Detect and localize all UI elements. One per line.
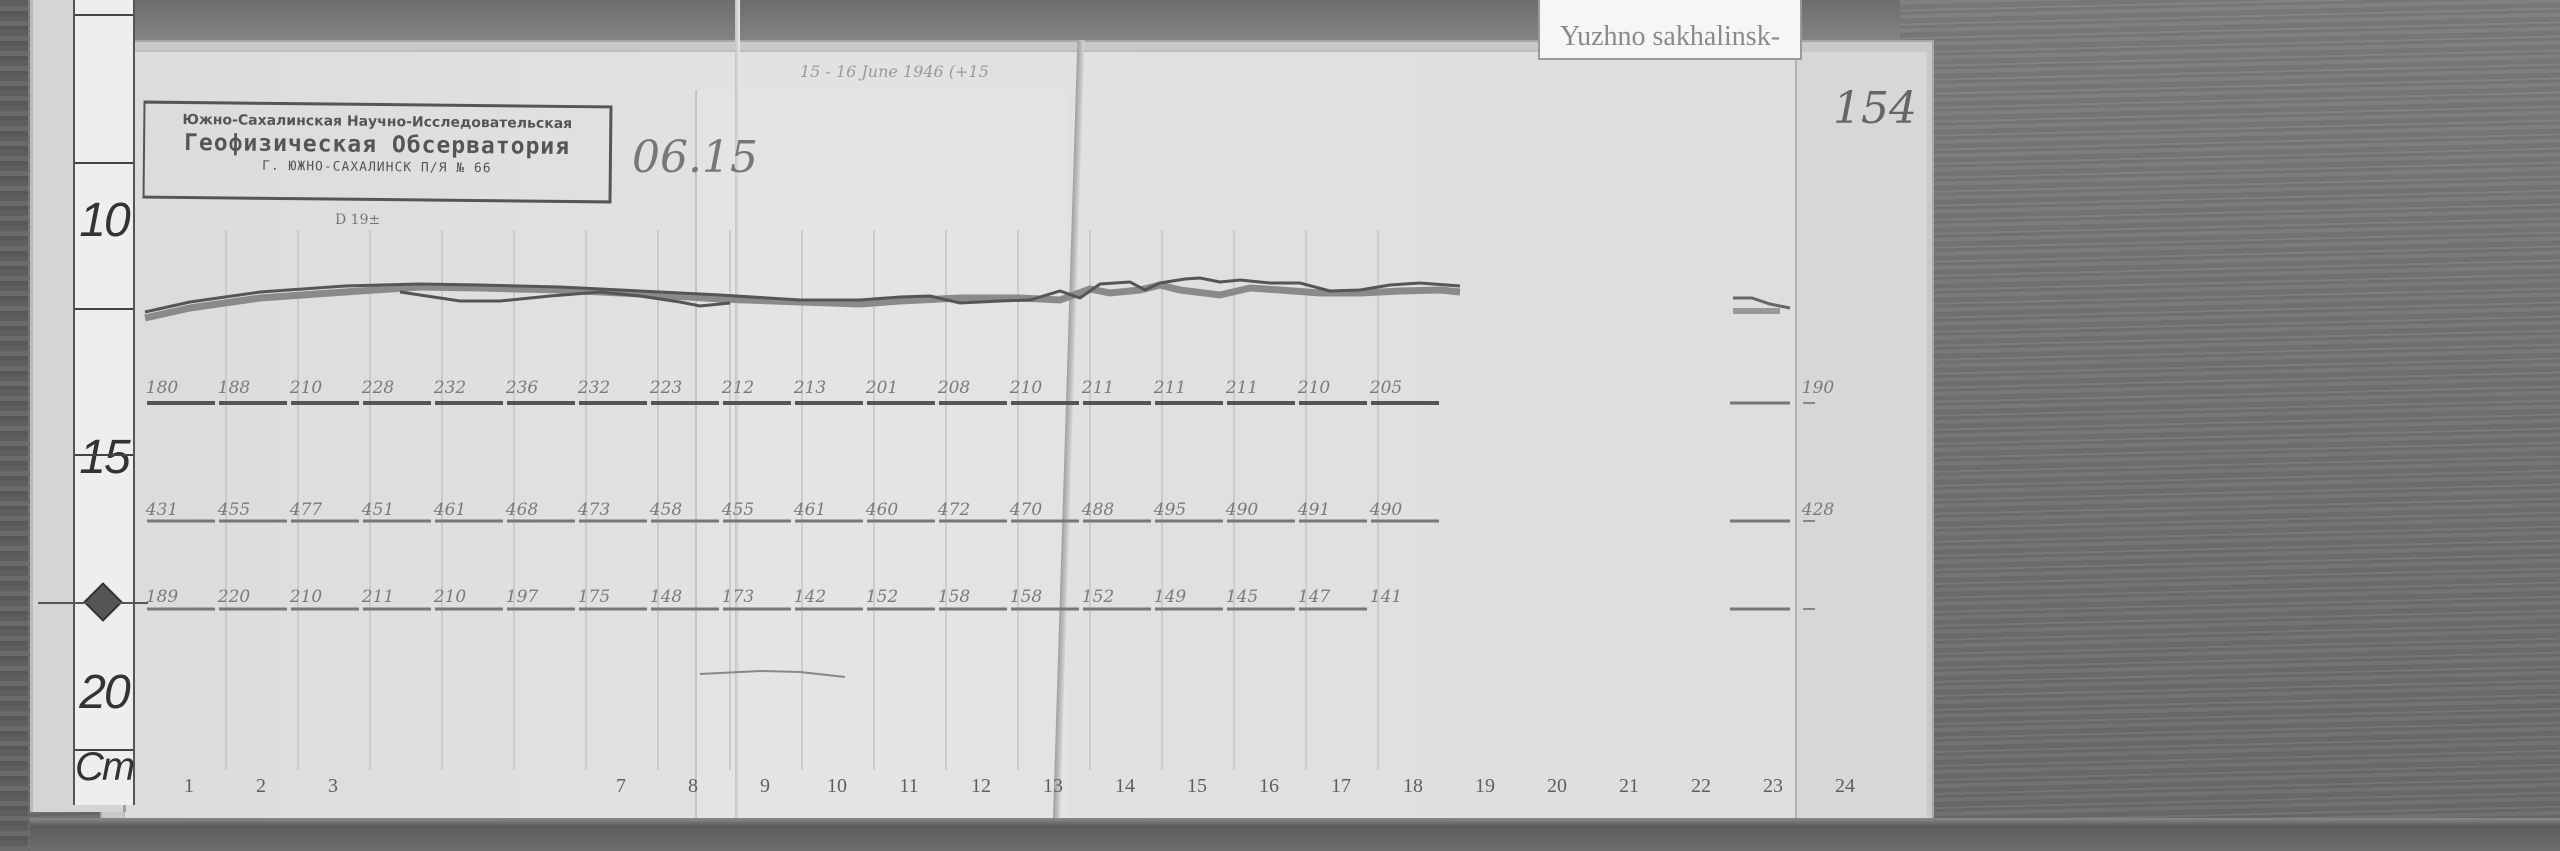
reading-value: 490 <box>1370 500 1402 520</box>
stamp-line-1: Южно-Сахалинская Научно-Исследовательска… <box>145 112 609 133</box>
ruler-segment <box>75 14 133 164</box>
reading-value: 223 <box>650 378 682 398</box>
hour-label: 2 <box>256 775 266 798</box>
hour-label: 3 <box>328 775 338 798</box>
observatory-stamp: Южно-Сахалинская Научно-Исследовательска… <box>142 101 612 204</box>
ruler-segment <box>75 308 133 456</box>
reading-value: 211 <box>1226 378 1258 398</box>
reading-value: 208 <box>938 378 970 398</box>
station-label: Yuzhno sakhalinsk-YSS <box>1538 0 1802 60</box>
ruler-segment <box>75 162 133 310</box>
hour-label: 11 <box>899 775 918 798</box>
reading-value: 210 <box>290 378 322 398</box>
hour-label: 15 <box>1187 775 1207 798</box>
reading-value: 455 <box>722 500 754 520</box>
hour-label: 19 <box>1475 775 1495 798</box>
paper-fold <box>735 0 740 830</box>
ruler-unit: Cm <box>75 745 133 790</box>
reading-value: 201 <box>866 378 898 398</box>
hour-label: 18 <box>1403 775 1423 798</box>
page-number: 154 <box>1833 83 1917 134</box>
reading-value: 152 <box>1082 587 1114 607</box>
reading-value: 211 <box>1154 378 1186 398</box>
hour-label: 20 <box>1547 775 1567 798</box>
reading-value: 495 <box>1154 500 1186 520</box>
hour-label: 12 <box>971 775 991 798</box>
paper-overlap <box>695 90 1067 818</box>
hour-label: 9 <box>760 775 770 798</box>
reading-value: 228 <box>362 378 394 398</box>
reading-value: 149 <box>1154 587 1186 607</box>
reading-value: 458 <box>650 500 682 520</box>
reading-value: 197 <box>506 587 538 607</box>
hour-label: 21 <box>1619 775 1639 798</box>
reading-value: 142 <box>794 587 826 607</box>
reading-value: 213 <box>794 378 826 398</box>
hour-label: 13 <box>1043 775 1063 798</box>
reading-value: 180 <box>146 378 178 398</box>
hour-label: 14 <box>1115 775 1135 798</box>
ruler-pointer-line <box>38 602 148 604</box>
reading-value: 210 <box>290 587 322 607</box>
reading-value: 470 <box>1010 500 1042 520</box>
reading-value: 232 <box>578 378 610 398</box>
reading-value: 158 <box>938 587 970 607</box>
hour-label: 7 <box>616 775 626 798</box>
reading-value-extra: 428 <box>1802 500 1834 520</box>
date-code: 06.15 <box>632 132 758 183</box>
reading-value: 461 <box>794 500 826 520</box>
reading-value: 173 <box>722 587 754 607</box>
reading-value: 145 <box>1226 587 1258 607</box>
hour-label: 1 <box>184 775 194 798</box>
reading-value: 211 <box>1082 378 1114 398</box>
bottom-frame <box>30 818 2560 851</box>
reading-value: 232 <box>434 378 466 398</box>
stamp-line-2: Геофизическая Обсерватория <box>145 130 609 161</box>
hour-label: 17 <box>1331 775 1351 798</box>
reading-value: 175 <box>578 587 610 607</box>
paper-right-section <box>1795 52 1927 832</box>
reading-value: 158 <box>1010 587 1042 607</box>
hour-label: 22 <box>1691 775 1711 798</box>
stamp-line-3: Г. ЮЖНО-САХАЛИНСК П/Я № 66 <box>145 158 609 178</box>
hour-label: 8 <box>688 775 698 798</box>
reading-value: 477 <box>290 500 322 520</box>
reading-value: 431 <box>146 500 178 520</box>
reading-value: 210 <box>1298 378 1330 398</box>
reading-value: 205 <box>1370 378 1402 398</box>
reading-value: 461 <box>434 500 466 520</box>
hour-label: 24 <box>1835 775 1855 798</box>
wood-edge <box>0 0 28 851</box>
reading-value: 460 <box>866 500 898 520</box>
baseline-mark: D 19± <box>335 212 380 228</box>
reading-value: 236 <box>506 378 538 398</box>
reading-value: 210 <box>434 587 466 607</box>
reading-value: 212 <box>722 378 754 398</box>
cm-ruler: 10 15 20 Cm <box>30 0 126 812</box>
hour-label: 23 <box>1763 775 1783 798</box>
reading-value-extra: 190 <box>1802 378 1834 398</box>
reading-value: 472 <box>938 500 970 520</box>
hour-label: 16 <box>1259 775 1279 798</box>
reading-value: 490 <box>1226 500 1258 520</box>
reading-value: 147 <box>1298 587 1330 607</box>
reading-value: 141 <box>1370 587 1402 607</box>
date-text: 15 - 16 June 1946 (+15 <box>800 62 989 81</box>
reading-value: 468 <box>506 500 538 520</box>
reading-value: 189 <box>146 587 178 607</box>
reading-value: 211 <box>362 587 394 607</box>
reading-value: 152 <box>866 587 898 607</box>
reading-value: 473 <box>578 500 610 520</box>
reading-value: 210 <box>1010 378 1042 398</box>
reading-value: 488 <box>1082 500 1114 520</box>
reading-value: 188 <box>218 378 250 398</box>
reading-value: 220 <box>218 587 250 607</box>
reading-value: 148 <box>650 587 682 607</box>
hour-label: 10 <box>827 775 847 798</box>
reading-value: 455 <box>218 500 250 520</box>
reading-value: 451 <box>362 500 394 520</box>
reading-value: 491 <box>1298 500 1330 520</box>
ruler-scale: 10 15 20 Cm <box>73 0 135 805</box>
